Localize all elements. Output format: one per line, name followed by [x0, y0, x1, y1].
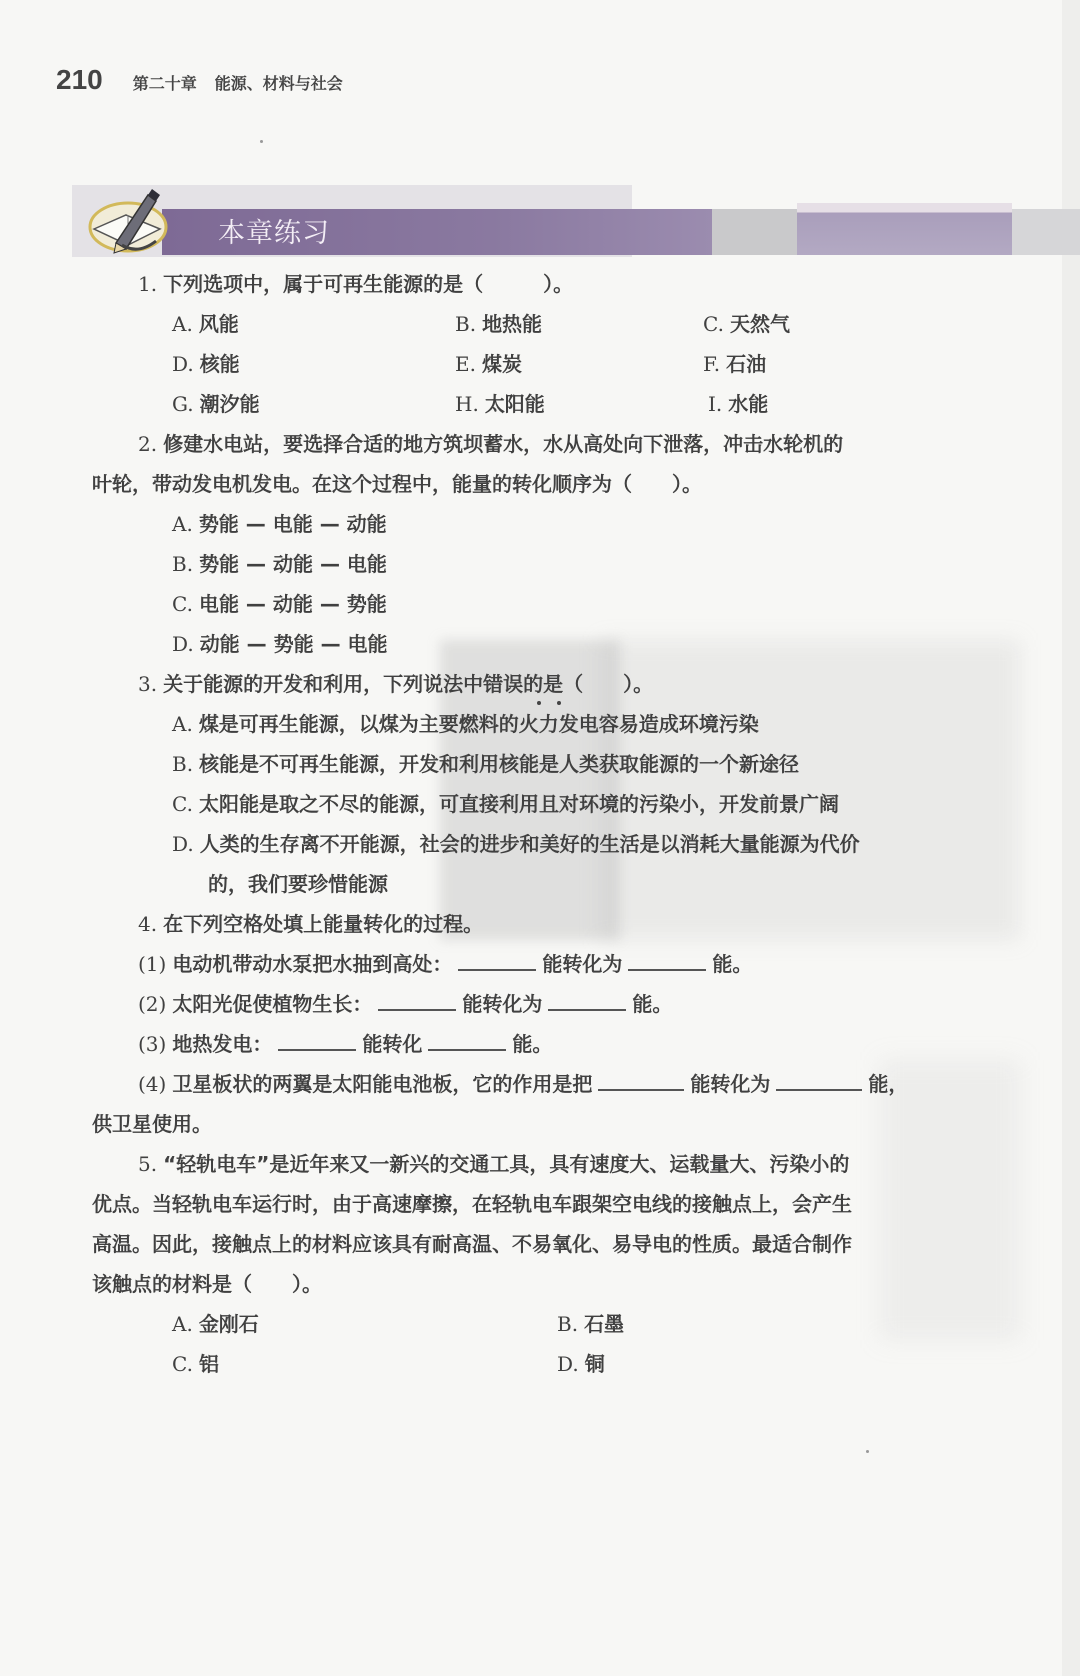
- option: B.核能是不可再生能源，开发和利用核能是人类获取能源的一个新途径: [172, 751, 799, 777]
- option: A.金刚石: [172, 1311, 259, 1337]
- fill-item: (2)太阳光促使植物生长：能转化为能。: [138, 991, 672, 1017]
- option: D.人类的生存离不开能源，社会的进步和美好的生活是以消耗大量能源为代价: [172, 831, 860, 857]
- option: C.太阳能是取之不尽的能源，可直接利用且对环境的污染小，开发前景广阔: [172, 791, 839, 817]
- option: E.煤炭: [455, 351, 522, 377]
- option: A.势能 — 电能 — 动能: [172, 511, 387, 537]
- option: D.动能 — 势能 — 电能: [172, 631, 388, 657]
- fill-item: (4)卫星板状的两翼是太阳能电池板，它的作用是把能转化为能，: [138, 1071, 908, 1097]
- question-4-stem: 4.在下列空格处填上能量转化的过程。: [138, 911, 483, 937]
- pencil-notebook-icon: [86, 185, 172, 257]
- answer-blank[interactable]: [776, 1071, 862, 1091]
- answer-blank[interactable]: [598, 1071, 684, 1091]
- scan-speck: [260, 140, 263, 143]
- option: H.太阳能: [455, 391, 545, 417]
- fill-item-continuation: 供卫星使用。: [92, 1111, 212, 1137]
- scan-shadow: [600, 640, 1020, 940]
- option: D.铜: [557, 1351, 605, 1377]
- option: A.煤是可再生能源，以煤为主要燃料的火力发电容易造成环境污染: [172, 711, 759, 737]
- option: C.天然气: [703, 311, 790, 337]
- option: D.核能: [172, 351, 240, 377]
- question-5-stem: 5.“轻轨电车”是近年来又一新兴的交通工具，具有速度大、运载量大、污染小的: [138, 1151, 849, 1177]
- question-2-stem-cont: 叶轮，带动发电机发电。在这个过程中，能量的转化顺序为（ ）。: [92, 471, 702, 497]
- question-5-stem-cont: 优点。当轻轨电车运行时，由于高速摩擦，在轻轨电车跟架空电线的接触点上，会产生: [92, 1191, 852, 1217]
- option: B.势能 — 动能 — 电能: [172, 551, 387, 577]
- option: A.风能: [172, 311, 239, 337]
- banner-segment: [797, 203, 1012, 255]
- scan-shadow: [880, 1060, 1020, 1340]
- chapter-label: 第二十章: [133, 71, 197, 94]
- fill-item: (3)地热发电：能转化能。: [138, 1031, 552, 1057]
- option: G.潮汐能: [172, 391, 260, 417]
- fill-item: (1)电动机带动水泵把水抽到高处：能转化为能。: [138, 951, 752, 977]
- option: B.石墨: [557, 1311, 624, 1337]
- question-5-stem-cont: 该触点的材料是（ ）。: [92, 1271, 322, 1297]
- option: B.地热能: [455, 311, 542, 337]
- option: F.石油: [703, 351, 766, 377]
- answer-blank[interactable]: [458, 951, 536, 971]
- chapter-title: 能源、材料与社会: [215, 71, 343, 94]
- section-banner: 本章练习: [72, 185, 1012, 267]
- answer-blank[interactable]: [548, 991, 626, 1011]
- option: C.铝: [172, 1351, 219, 1377]
- scan-speck: [866, 1450, 869, 1453]
- question-5-stem-cont: 高温。因此，接触点上的材料应该具有耐高温、不易氧化、易导电的性质。最适合制作: [92, 1231, 852, 1257]
- answer-blank[interactable]: [378, 991, 456, 1011]
- emphasis-text: 错误: [483, 672, 523, 696]
- option-continuation: 的，我们要珍惜能源: [208, 871, 388, 897]
- question-2-stem: 2.修建水电站，要选择合适的地方筑坝蓄水，水从高处向下泄落，冲击水轮机的: [138, 431, 843, 457]
- banner-segment: [1012, 209, 1080, 255]
- question-1-stem: 1.下列选项中，属于可再生能源的是（ ）。: [138, 271, 573, 297]
- answer-blank[interactable]: [428, 1031, 506, 1051]
- answer-blank[interactable]: [628, 951, 706, 971]
- banner-segment: [712, 209, 797, 255]
- option: I.水能: [708, 391, 768, 417]
- running-head: 210 第二十章 能源、材料与社会: [56, 64, 343, 96]
- answer-blank[interactable]: [278, 1031, 356, 1051]
- section-title: 本章练习: [218, 211, 330, 250]
- page-number: 210: [56, 64, 103, 96]
- question-3-stem: 3.关于能源的开发和利用，下列说法中错误的是（ ）。: [138, 671, 653, 697]
- option: C.电能 — 动能 — 势能: [172, 591, 387, 617]
